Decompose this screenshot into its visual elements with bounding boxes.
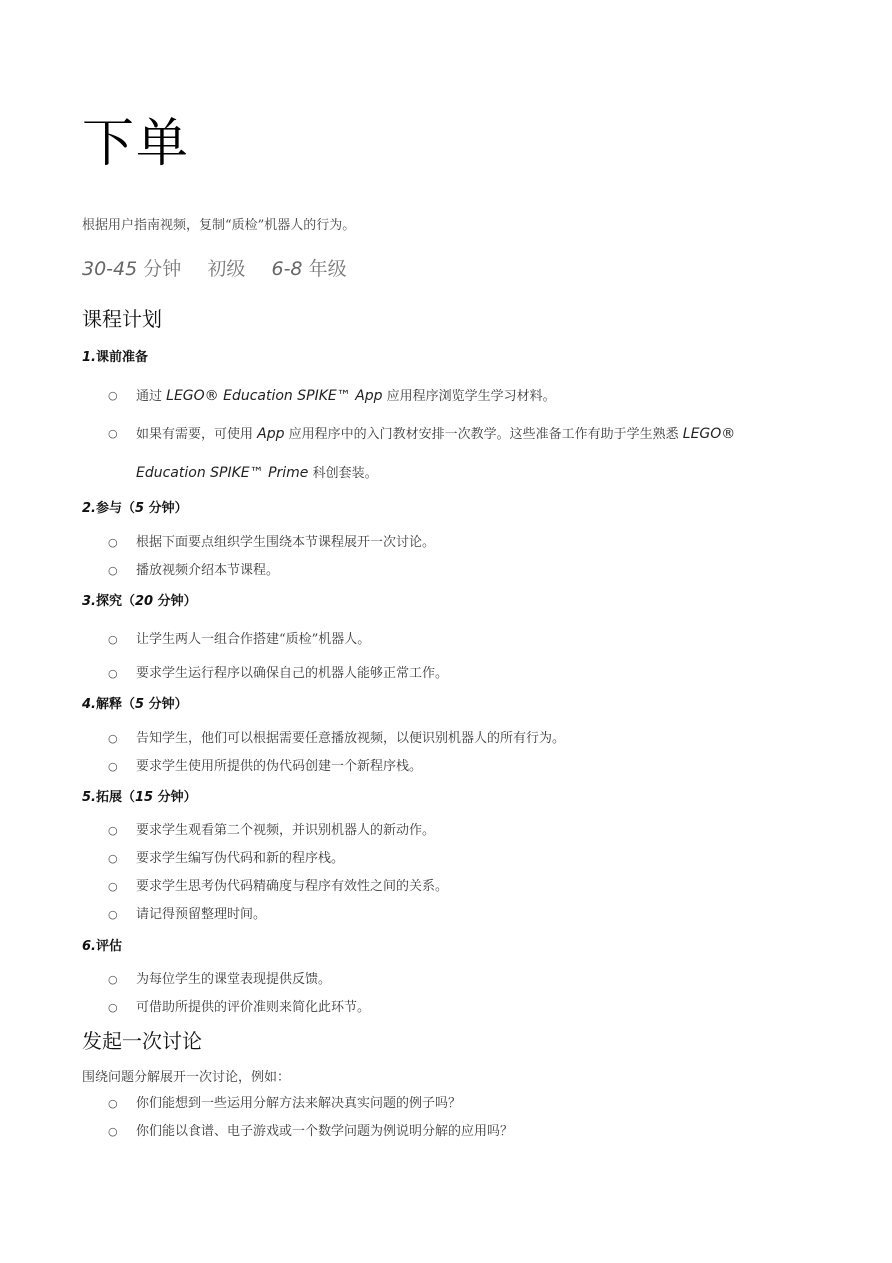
step-label: 课前准备 [96,350,148,365]
duration-unit: 分钟 [143,258,181,280]
lesson-summary: 根据用户指南视频，复制“质检”机器人的行为。 [82,216,355,236]
step-number: 1. [82,350,96,365]
list-item: ○ 让学生两人一组合作搭建“质检”机器人。 [108,621,808,659]
discussion-intro: 围绕问题分解展开一次讨论，例如： [82,1068,290,1088]
step-duration: 15 [135,790,153,805]
bullet-circle-icon: ○ [108,553,118,589]
list-item-text: 可借助所提供的评价准则来简化此环节。 [136,990,808,1026]
step-duration: 20 [135,594,153,609]
step-duration: 5 [135,697,144,712]
paren: ） [175,501,188,516]
step-label: 探究 [96,594,122,609]
step-duration-unit: 分钟 [144,697,175,712]
list-item: ○ 要求学生运行程序以确保自己的机器人能够正常工作。 [108,655,808,693]
step-duration-unit: 分钟 [153,790,184,805]
list-item-text: 你们能以食谱、电子游戏或一个数学问题为例说明分解的应用吗？ [136,1114,808,1150]
step-number: 3. [82,594,96,609]
duration-value: 30-45 [82,258,137,280]
list-item: ○ 播放视频介绍本节课程。 [108,553,808,589]
text-segment: 应用程序浏览学生学习材料。 [383,389,556,404]
list-item: ○ 请记得预留整理时间。 [108,897,808,933]
lesson-meta: 30-45 分钟 初级 6-8 年级 [82,256,347,282]
step-heading-explain: 4.解释（5 分钟） [82,696,188,714]
bullet-circle-icon: ○ [108,377,118,415]
list-item: ○ 如果有需要，可使用 App 应用程序中的入门教材安排一次教学。这些准备工作有… [108,415,808,493]
list-item-text: 请记得预留整理时间。 [136,897,808,933]
discussion-heading: 发起一次讨论 [82,1028,202,1054]
product-name: LEGO® Education SPIKE™ App [166,388,382,404]
step-label: 评估 [96,939,122,954]
grade-unit: 年级 [309,258,347,280]
list-item-text: 要求学生运行程序以确保自己的机器人能够正常工作。 [136,655,808,693]
step-heading-explore: 3.探究（20 分钟） [82,593,197,611]
bullet-circle-icon: ○ [108,990,118,1026]
product-name: App [257,426,284,442]
step-duration-unit: 分钟 [153,594,184,609]
step-duration-unit: 分钟 [144,501,175,516]
step-heading-evaluate: 6.评估 [82,938,122,956]
list-item-text: 如果有需要，可使用 App 应用程序中的入门教材安排一次教学。这些准备工作有助于… [136,415,808,493]
bullet-circle-icon: ○ [108,749,118,785]
level-label: 初级 [207,258,245,280]
paren: （ [122,697,135,712]
step-label: 参与 [96,501,122,516]
list-item-text: 通过 LEGO® Education SPIKE™ App 应用程序浏览学生学习… [136,377,808,416]
list-item-text: 播放视频介绍本节课程。 [136,553,808,589]
bullet-circle-icon: ○ [108,621,118,659]
step-number: 5. [82,790,96,805]
bullet-circle-icon: ○ [108,415,118,453]
text-segment: 如果有需要，可使用 [136,427,257,442]
step-label: 解释 [96,697,122,712]
page-title: 下单 [82,112,190,176]
lesson-plan-heading: 课程计划 [82,306,162,332]
text-segment: 应用程序中的入门教材安排一次教学。这些准备工作有助于学生熟悉 [285,427,683,442]
paren: ） [184,594,197,609]
step-heading-elaborate: 5.拓展（15 分钟） [82,789,197,807]
paren: （ [122,790,135,805]
list-item-text: 让学生两人一组合作搭建“质检”机器人。 [136,621,808,659]
step-heading-engage: 2.参与（5 分钟） [82,500,188,518]
grade-value: 6-8 [271,258,302,280]
bullet-circle-icon: ○ [108,897,118,933]
step-number: 4. [82,697,96,712]
bullet-circle-icon: ○ [108,655,118,693]
step-label: 拓展 [96,790,122,805]
step-number: 6. [82,939,96,954]
step-heading-prepare: 1.课前准备 [82,349,148,367]
text-segment: 科创套装。 [308,466,377,481]
step-number: 2. [82,501,96,516]
list-item: ○ 要求学生使用所提供的伪代码创建一个新程序栈。 [108,749,808,785]
paren: （ [122,594,135,609]
list-item-text: 要求学生使用所提供的伪代码创建一个新程序栈。 [136,749,808,785]
bullet-circle-icon: ○ [108,1114,118,1150]
list-item: ○ 通过 LEGO® Education SPIKE™ App 应用程序浏览学生… [108,377,808,416]
paren: （ [122,501,135,516]
list-item: ○ 你们能以食谱、电子游戏或一个数学问题为例说明分解的应用吗？ [108,1114,808,1150]
paren: ） [175,697,188,712]
step-duration: 5 [135,501,144,516]
list-item: ○ 可借助所提供的评价准则来简化此环节。 [108,990,808,1026]
paren: ） [184,790,197,805]
text-segment: 通过 [136,389,166,404]
